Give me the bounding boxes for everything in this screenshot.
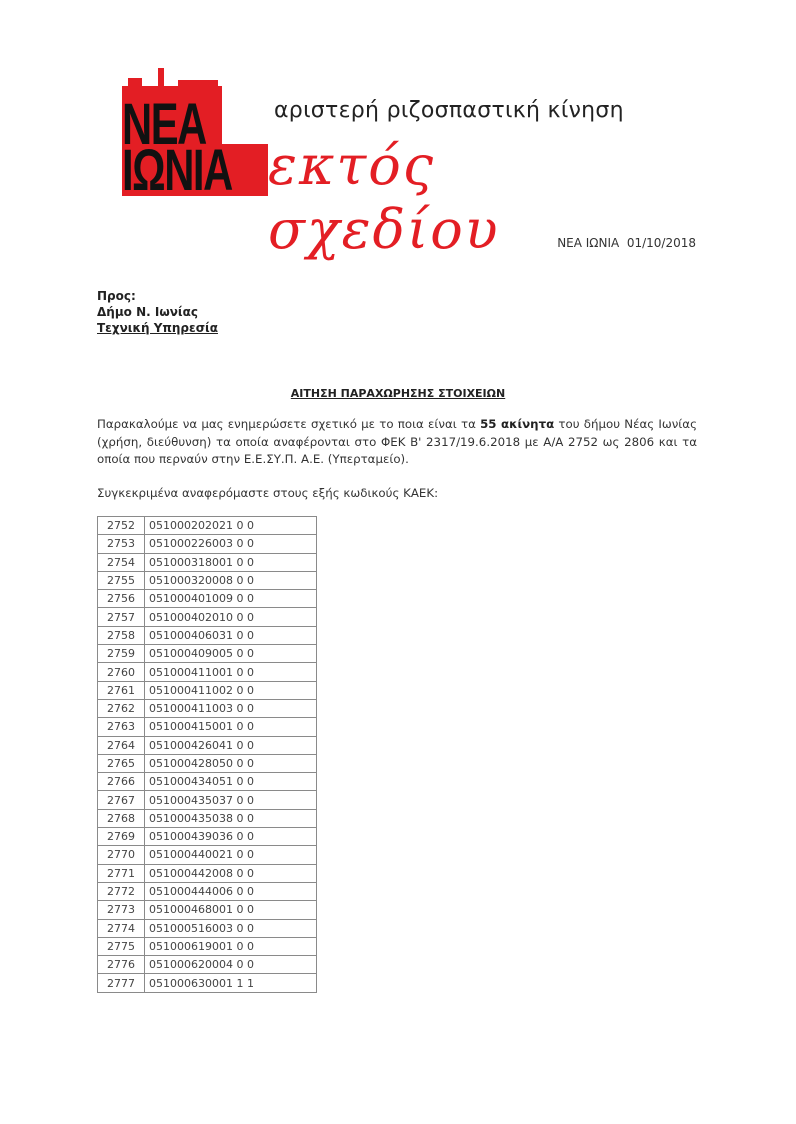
row-number-cell: 2767 xyxy=(98,791,145,809)
table-row: 2759051000409005 0 0 xyxy=(98,645,317,663)
kaek-code-cell: 051000406031 0 0 xyxy=(145,626,317,644)
table-row: 2767051000435037 0 0 xyxy=(98,791,317,809)
row-number-cell: 2758 xyxy=(98,626,145,644)
row-number-cell: 2754 xyxy=(98,553,145,571)
table-row: 2754051000318001 0 0 xyxy=(98,553,317,571)
row-number-cell: 2755 xyxy=(98,571,145,589)
table-row: 2755051000320008 0 0 xyxy=(98,571,317,589)
row-number-cell: 2765 xyxy=(98,754,145,772)
kaek-code-cell: 051000411001 0 0 xyxy=(145,663,317,681)
table-row: 2770051000440021 0 0 xyxy=(98,846,317,864)
recipient-line-1: Δήμο Ν. Ιωνίας xyxy=(97,304,218,320)
row-number-cell: 2756 xyxy=(98,590,145,608)
kaek-code-cell: 051000439036 0 0 xyxy=(145,828,317,846)
kaek-code-cell: 051000411002 0 0 xyxy=(145,681,317,699)
row-number-cell: 2760 xyxy=(98,663,145,681)
kaek-code-cell: 051000202021 0 0 xyxy=(145,517,317,535)
table-row: 2753051000226003 0 0 xyxy=(98,535,317,553)
table-row: 2775051000619001 0 0 xyxy=(98,937,317,955)
row-number-cell: 2766 xyxy=(98,773,145,791)
property-count: 55 ακίνητα xyxy=(480,417,554,431)
kaek-code-cell: 051000516003 0 0 xyxy=(145,919,317,937)
table-row: 2764051000426041 0 0 xyxy=(98,736,317,754)
row-number-cell: 2773 xyxy=(98,901,145,919)
row-number-cell: 2752 xyxy=(98,517,145,535)
kaek-code-cell: 051000442008 0 0 xyxy=(145,864,317,882)
kaek-table: 2752051000202021 0 02753051000226003 0 0… xyxy=(97,516,317,993)
kaek-code-cell: 051000411003 0 0 xyxy=(145,699,317,717)
row-number-cell: 2768 xyxy=(98,809,145,827)
row-number-cell: 2774 xyxy=(98,919,145,937)
table-row: 2769051000439036 0 0 xyxy=(98,828,317,846)
table-row: 2752051000202021 0 0 xyxy=(98,517,317,535)
body-paragraph: Παρακαλούμε να μας ενημερώσετε σχετικό μ… xyxy=(97,416,697,469)
row-number-cell: 2771 xyxy=(98,864,145,882)
table-row: 2761051000411002 0 0 xyxy=(98,681,317,699)
row-number-cell: 2775 xyxy=(98,937,145,955)
kaek-code-cell: 051000226003 0 0 xyxy=(145,535,317,553)
row-number-cell: 2761 xyxy=(98,681,145,699)
kaek-code-cell: 051000428050 0 0 xyxy=(145,754,317,772)
table-row: 2772051000444006 0 0 xyxy=(98,882,317,900)
nea-ionia-logo-mark: ΝΕΑ ΙΩΝΙΑ xyxy=(118,64,268,196)
row-number-cell: 2753 xyxy=(98,535,145,553)
recipient-line-2: Τεχνική Υπηρεσία xyxy=(97,320,218,336)
table-row: 2760051000411001 0 0 xyxy=(98,663,317,681)
recipient-label: Προς: xyxy=(97,288,218,304)
table-row: 2773051000468001 0 0 xyxy=(98,901,317,919)
logo-tagline: αριστερή ριζοσπαστική κίνηση xyxy=(274,98,624,123)
row-number-cell: 2777 xyxy=(98,974,145,992)
letterhead-logo: ΝΕΑ ΙΩΝΙΑ αριστερή ριζοσπαστική κίνηση ε… xyxy=(118,64,678,204)
kaek-code-cell: 051000630001 1 1 xyxy=(145,974,317,992)
kaek-code-cell: 051000434051 0 0 xyxy=(145,773,317,791)
row-number-cell: 2757 xyxy=(98,608,145,626)
kaek-code-cell: 051000468001 0 0 xyxy=(145,901,317,919)
table-row: 2776051000620004 0 0 xyxy=(98,956,317,974)
kaek-code-cell: 051000318001 0 0 xyxy=(145,553,317,571)
row-number-cell: 2769 xyxy=(98,828,145,846)
table-row: 2757051000402010 0 0 xyxy=(98,608,317,626)
logo-word-ionia: ΙΩΝΙΑ xyxy=(122,142,232,200)
row-number-cell: 2772 xyxy=(98,882,145,900)
dateline: ΝΕΑ ΙΩΝΙΑ 01/10/2018 xyxy=(557,236,696,250)
row-number-cell: 2759 xyxy=(98,645,145,663)
kaek-code-cell: 051000402010 0 0 xyxy=(145,608,317,626)
table-row: 2765051000428050 0 0 xyxy=(98,754,317,772)
kaek-intro: Συγκεκριμένα αναφερόμαστε στους εξής κωδ… xyxy=(97,486,438,500)
kaek-code-cell: 051000320008 0 0 xyxy=(145,571,317,589)
kaek-code-cell: 051000619001 0 0 xyxy=(145,937,317,955)
row-number-cell: 2762 xyxy=(98,699,145,717)
kaek-code-cell: 051000444006 0 0 xyxy=(145,882,317,900)
recipient-block: Προς: Δήμο Ν. Ιωνίας Τεχνική Υπηρεσία xyxy=(97,288,218,336)
row-number-cell: 2764 xyxy=(98,736,145,754)
kaek-code-cell: 051000440021 0 0 xyxy=(145,846,317,864)
table-row: 2762051000411003 0 0 xyxy=(98,699,317,717)
row-number-cell: 2770 xyxy=(98,846,145,864)
kaek-code-cell: 051000426041 0 0 xyxy=(145,736,317,754)
kaek-code-cell: 051000409005 0 0 xyxy=(145,645,317,663)
kaek-code-cell: 051000620004 0 0 xyxy=(145,956,317,974)
table-row: 2774051000516003 0 0 xyxy=(98,919,317,937)
table-row: 2766051000434051 0 0 xyxy=(98,773,317,791)
row-number-cell: 2763 xyxy=(98,718,145,736)
table-row: 2756051000401009 0 0 xyxy=(98,590,317,608)
subject-heading: ΑΙΤΗΣΗ ΠΑΡΑΧΩΡΗΣΗΣ ΣΤΟΙΧΕΙΩΝ xyxy=(0,387,796,400)
table-row: 2768051000435038 0 0 xyxy=(98,809,317,827)
kaek-code-cell: 051000435037 0 0 xyxy=(145,791,317,809)
row-number-cell: 2776 xyxy=(98,956,145,974)
table-row: 2758051000406031 0 0 xyxy=(98,626,317,644)
kaek-code-cell: 051000415001 0 0 xyxy=(145,718,317,736)
table-row: 2771051000442008 0 0 xyxy=(98,864,317,882)
kaek-code-cell: 051000435038 0 0 xyxy=(145,809,317,827)
kaek-code-cell: 051000401009 0 0 xyxy=(145,590,317,608)
table-row: 2777051000630001 1 1 xyxy=(98,974,317,992)
table-row: 2763051000415001 0 0 xyxy=(98,718,317,736)
